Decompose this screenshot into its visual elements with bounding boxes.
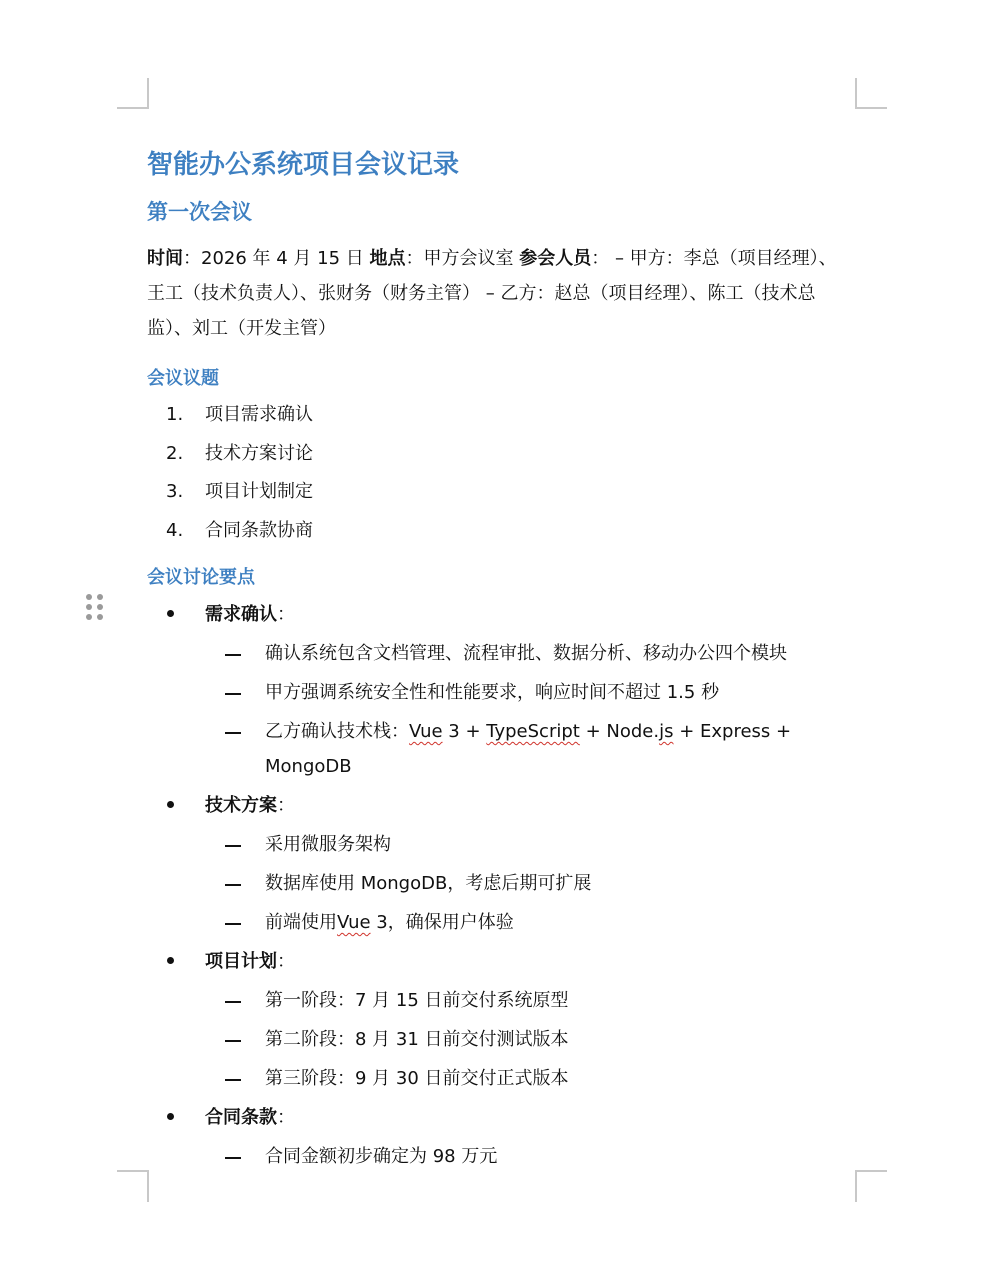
sub-item-text: 前端使用Vue 3，确保用户体验 — [265, 905, 847, 940]
sub-item-text: 第三阶段：9 月 30 日前交付正式版本 — [265, 1061, 847, 1096]
section-colon: ： — [277, 604, 295, 625]
sub-item: 第三阶段：9 月 30 日前交付正式版本 — [147, 1059, 847, 1098]
dash-icon — [225, 923, 241, 925]
place-value: ：甲方会议室 — [406, 248, 520, 269]
agenda-item: 2.技术方案讨论 — [147, 435, 847, 474]
sub-item-text: 第二阶段：8 月 31 日前交付测试版本 — [265, 1022, 847, 1057]
spellcheck-word[interactable]: js — [659, 721, 673, 742]
block-drag-handle-icon[interactable] — [86, 594, 104, 622]
sub-item-text: 甲方强调系统安全性和性能要求，响应时间不超过 1.5 秒 — [265, 675, 847, 710]
list-number: 2. — [166, 435, 183, 474]
agenda-item: 3.项目计划制定 — [147, 473, 847, 512]
spellcheck-word[interactable]: Vue — [409, 721, 443, 742]
dash-icon — [225, 693, 241, 695]
sub-item-text: 数据库使用 MongoDB，考虑后期可扩展 — [265, 866, 847, 901]
agenda-item-text: 项目需求确认 — [205, 396, 313, 435]
discussion-section-contract: 合同条款： — [147, 1098, 847, 1137]
dash-icon — [225, 1001, 241, 1003]
section-label: 项目计划 — [205, 951, 277, 972]
section-label: 需求确认 — [205, 604, 277, 625]
meeting-heading: 第一次会议 — [147, 197, 847, 227]
spellcheck-word[interactable]: Vue — [337, 912, 371, 933]
time-value: ：2026 年 4 月 15 日 — [183, 248, 370, 269]
list-number: 1. — [166, 396, 183, 435]
sub-item: 确认系统包含文档管理、流程审批、数据分析、移动办公四个模块 — [147, 634, 847, 673]
sub-item-text: 合同金额初步确定为 98 万元 — [265, 1139, 847, 1174]
agenda-item: 1.项目需求确认 — [147, 396, 847, 435]
bullet-icon — [167, 610, 174, 617]
dash-icon — [225, 732, 241, 734]
agenda-list: 1.项目需求确认 2.技术方案讨论 3.项目计划制定 4.合同条款协商 — [147, 396, 847, 551]
sub-item-text: 采用微服务架构 — [265, 827, 847, 862]
text-run: 前端使用 — [265, 912, 337, 933]
sub-item-frontend: 前端使用Vue 3，确保用户体验 — [147, 903, 847, 942]
section-label: 技术方案 — [205, 795, 277, 816]
text-run: 3，确保用户体验 — [371, 912, 514, 933]
sub-item: 数据库使用 MongoDB，考虑后期可扩展 — [147, 864, 847, 903]
text-run: + Node. — [580, 721, 659, 742]
dash-icon — [225, 1079, 241, 1081]
place-label: 地点 — [370, 248, 406, 269]
document-page[interactable]: 智能办公系统项目会议记录 第一次会议 时间：2026 年 4 月 15 日 地点… — [147, 145, 847, 1176]
list-number: 4. — [166, 512, 183, 551]
section-colon: ： — [277, 1107, 295, 1128]
section-colon: ： — [277, 951, 295, 972]
bullet-icon — [167, 801, 174, 808]
page-margin-corner-bottom-left — [117, 1170, 149, 1202]
document-title: 智能办公系统项目会议记录 — [147, 145, 847, 185]
tech-stack-prefix: 乙方确认技术栈： — [265, 721, 409, 742]
dash-icon — [225, 654, 241, 656]
meeting-info-paragraph: 时间：2026 年 4 月 15 日 地点：甲方会议室 参会人员： – 甲方：李… — [147, 241, 847, 346]
sub-item-text: 乙方确认技术栈：Vue 3 + TypeScript + Node.js + E… — [265, 714, 847, 784]
spellcheck-word[interactable]: TypeScript — [486, 721, 580, 742]
agenda-item-text: 合同条款协商 — [205, 512, 313, 551]
sub-item: 采用微服务架构 — [147, 825, 847, 864]
discussion-section-project-plan: 项目计划： — [147, 942, 847, 981]
discussion-section-requirements: 需求确认： — [147, 595, 847, 634]
page-margin-corner-top-right — [855, 78, 887, 109]
sub-item-text: 确认系统包含文档管理、流程审批、数据分析、移动办公四个模块 — [265, 636, 847, 671]
page-margin-corner-bottom-right — [855, 1170, 887, 1202]
sub-item-tech-stack: 乙方确认技术栈：Vue 3 + TypeScript + Node.js + E… — [147, 712, 847, 786]
section-colon: ： — [277, 795, 295, 816]
agenda-heading: 会议议题 — [147, 366, 847, 392]
dash-icon — [225, 1157, 241, 1159]
agenda-item: 4.合同条款协商 — [147, 512, 847, 551]
time-label: 时间 — [147, 248, 183, 269]
list-number: 3. — [166, 473, 183, 512]
dash-icon — [225, 884, 241, 886]
sub-item: 合同金额初步确定为 98 万元 — [147, 1137, 847, 1176]
dash-icon — [225, 845, 241, 847]
text-run: 3 + — [443, 721, 487, 742]
sub-item-text: 第一阶段：7 月 15 日前交付系统原型 — [265, 983, 847, 1018]
attendees-label: 参会人员 — [519, 248, 591, 269]
sub-item: 甲方强调系统安全性和性能要求，响应时间不超过 1.5 秒 — [147, 673, 847, 712]
bullet-icon — [167, 957, 174, 964]
agenda-item-text: 技术方案讨论 — [205, 435, 313, 474]
sub-item: 第一阶段：7 月 15 日前交付系统原型 — [147, 981, 847, 1020]
discussion-heading: 会议讨论要点 — [147, 565, 847, 591]
dash-icon — [225, 1040, 241, 1042]
sub-item: 第二阶段：8 月 31 日前交付测试版本 — [147, 1020, 847, 1059]
page-margin-corner-top-left — [117, 78, 149, 109]
discussion-section-tech-plan: 技术方案： — [147, 786, 847, 825]
section-label: 合同条款 — [205, 1107, 277, 1128]
agenda-item-text: 项目计划制定 — [205, 473, 313, 512]
bullet-icon — [167, 1113, 174, 1120]
